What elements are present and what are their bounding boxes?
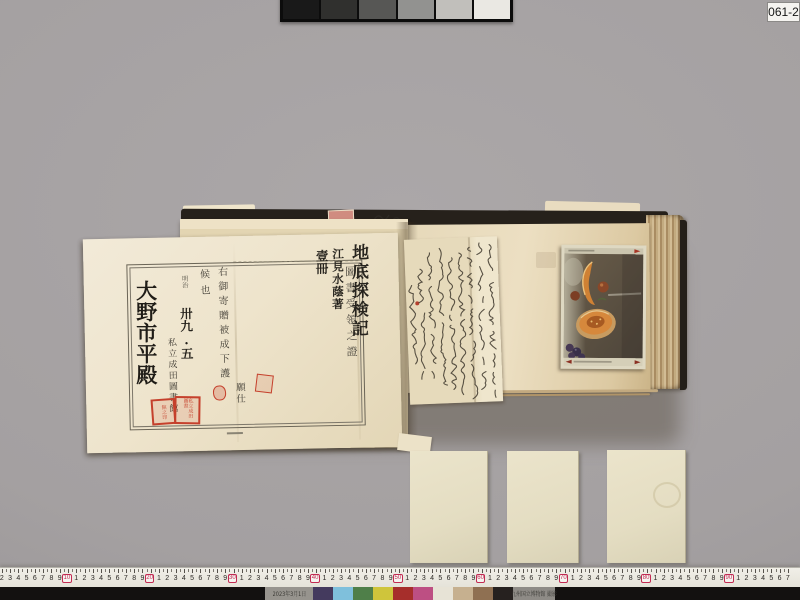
ruler-tick [89,569,90,572]
ruler-number: 1 [488,575,492,583]
color-swatch [433,587,453,600]
ruler-tick [614,569,615,573]
ruler-tick [370,569,371,572]
page-fore-edge [646,215,684,389]
printer-fine-print [227,432,243,434]
bottom-calibration-strip: 2023年3月1日 九州国立博物館 撮影 [0,587,800,600]
ruler-number: 9 [471,575,475,583]
ruler-tick [701,569,702,572]
blank-card [507,451,579,563]
ruler-tick [308,569,309,573]
ruler-tick [742,569,743,572]
ruler-tick [420,569,421,572]
ruler-tick [176,569,177,573]
ruler-tick [705,569,706,573]
ruler-tick [610,569,611,572]
ruler-tick [72,569,73,572]
ruler-tick [581,569,582,573]
ruler-tick [560,569,561,572]
ruler-tick [556,569,557,573]
ruler-tick [424,569,425,573]
ruler-tick [668,569,669,572]
ruler-tick [27,569,28,573]
grayscale-swatch [474,0,510,19]
ruler-number: 6 [778,575,782,583]
ruler-number: 4 [182,575,186,583]
ruler-tick [56,569,57,572]
ruler-tick [660,569,661,572]
ruler-tick [643,569,644,572]
color-swatch [453,587,473,600]
ruler-number: 5 [769,575,773,583]
ruler-ten-number: 50 [393,574,403,583]
ruler-ten-number: 70 [559,574,569,583]
ruler-number: 8 [629,575,633,583]
color-swatch [333,587,353,600]
ruler-tick [200,569,201,573]
ruler-tick [126,569,127,573]
ruler-tick [279,569,280,572]
ruler-tick [387,569,388,572]
ruler-ten-number: 30 [228,574,238,583]
ruler-number: 5 [604,575,608,583]
ruler-tick [647,569,648,573]
ruler-number: 6 [281,575,285,583]
ruler-tick [225,569,226,573]
ruler-tick [676,569,677,572]
ruler-tick [18,569,19,573]
photo-credit-patch: 九州国立博物館 撮影 [513,587,555,600]
plum [570,291,580,301]
blank-card [607,450,686,563]
ruler-tick [2,569,3,573]
color-swatch [313,587,333,600]
ruler-number: 3 [91,575,95,583]
ruler-tick [349,569,350,573]
ruler-tick [767,569,768,572]
ruler-tick [478,569,479,572]
book-author: 江見水蔭著 [330,248,346,339]
ruler-number: 2 [496,575,500,583]
grayscale-swatch [283,0,319,19]
ruler-tick [544,569,545,572]
color-swatch [413,587,433,600]
ruler-tick [101,569,102,573]
ruler-tick [726,569,727,572]
melon-still-life-painting [564,248,644,367]
ruler-tick [461,569,462,572]
ruler-number: 6 [33,575,37,583]
blank-card [410,451,488,563]
ruler-tick [109,569,110,573]
ruler-tick [22,569,23,572]
ruler-number: 4 [265,575,269,583]
date-column: 明治 卅九.五 [176,275,197,360]
shooting-date-patch: 2023年3月1日 [265,587,313,600]
ruler-tick [163,569,164,572]
ruler-number: 3 [256,575,260,583]
ruler-number: 2 [579,575,583,583]
plum [598,281,609,292]
ruler-tick [635,569,636,572]
ruler-number: 8 [380,575,384,583]
ruler-tick [341,569,342,573]
ruler-number: 4 [430,575,434,583]
ruler-tick [589,569,590,573]
ruler-tick [432,569,433,573]
ruler-tick [287,569,288,572]
ruler-number: 6 [198,575,202,583]
ruler-tick [548,569,549,573]
ruler-tick [39,569,40,572]
ruler-number: 2 [662,575,666,583]
pasted-handwritten-letter [404,236,503,404]
red-square-seal: 館之印 [151,398,177,426]
ruler-tick [697,569,698,573]
ruler-number: 1 [74,575,78,583]
ruler-tick [80,569,81,572]
ruler-tick [382,569,383,573]
ruler-tick [722,569,723,573]
ruler-tick [656,569,657,573]
ruler-tick [60,569,61,573]
ruler-tick [763,569,764,573]
ruler-tick [593,569,594,572]
ruler-tick [155,569,156,572]
ruler-number: 3 [670,575,674,583]
photo-id-text: 061-2 [768,5,799,19]
ruler-number: 7 [455,575,459,583]
ruler-number: 2 [331,575,335,583]
ruler-number: 5 [190,575,194,583]
receipt-certificate: 圖書受領之證 地底探検記 江見水蔭著 壹冊 右御寄贈被成下護 候也 願仕 明治 … [83,233,402,454]
ruler-tick [552,569,553,572]
ruler-tick [142,569,143,573]
ruler-tick [114,569,115,572]
ruler-tick [234,569,235,573]
ruler-number: 4 [678,575,682,583]
color-swatch [373,587,393,600]
ruler-tick [85,569,86,573]
ruler-tick [440,569,441,573]
ruler-tick [482,569,483,573]
ruler-tick [43,569,44,573]
ruler-number: 2 [248,575,252,583]
ruler-tick [531,569,532,573]
ruler-tick [333,569,334,573]
ruler-tick [585,569,586,572]
photo-credit: 九州国立博物館 撮影 [511,589,557,598]
ruler-number: 3 [587,575,591,583]
ruler-tick [713,569,714,573]
ruler-tick [684,569,685,572]
ruler-tick [35,569,36,573]
ruler-tick [167,569,168,573]
ruler-ten-number: 60 [476,574,486,583]
ruler-tick [337,569,338,572]
ruler-tick [486,569,487,572]
ruler-number: 3 [422,575,426,583]
ruler-number: 8 [298,575,302,583]
era-label: 明治 [181,275,189,288]
ruler-tick [519,569,520,572]
ruler-tick [672,569,673,573]
ruler-tick [598,569,599,573]
ruler-tick [395,569,396,572]
ruler-tick [709,569,710,572]
ruler-number: 1 [240,575,244,583]
ruler-number: 4 [761,575,765,583]
ruler-tick [345,569,346,572]
ruler-number: 7 [786,575,790,583]
ruler-tick [689,569,690,573]
ruler-tick [407,569,408,573]
ruler-number: 3 [8,575,12,583]
ruler-number: 1 [405,575,409,583]
ruler-tick [184,569,185,573]
ruler-number: 2 [0,575,4,583]
ruler-number: 7 [703,575,707,583]
handwritten-item-column: 地底探検記 江見水蔭著 壹冊 [312,243,372,340]
certificate-body-column: 右御寄贈被成下護 [213,266,230,382]
ruler-tick [755,569,756,573]
ruler-number: 9 [554,575,558,583]
ruler-ten-number: 40 [310,574,320,583]
pasted-color-picture [561,245,647,370]
ruler-tick [275,569,276,573]
ruler-number: 7 [620,575,624,583]
ruler-tick [577,569,578,572]
ruler-ten-number: 80 [641,574,651,583]
ruler-tick [209,569,210,573]
ruler-tick [366,569,367,573]
ruler-tick [358,569,359,573]
ruler-tick [378,569,379,572]
ruler-tick [523,569,524,573]
ruler-tick [618,569,619,572]
ruler-tick [776,569,777,572]
ruler-tick [428,569,429,572]
ruler-tick [784,569,785,572]
ruler-tick [130,569,131,572]
ruler-number: 5 [356,575,360,583]
volume-count: 壹冊 [312,249,330,340]
ruler-tick [138,569,139,572]
ruler-tick [159,569,160,573]
ruler-tick [329,569,330,572]
ruler-tick [196,569,197,572]
ruler-tick [353,569,354,572]
ruler-tick [246,569,247,572]
ruler-number: 1 [654,575,658,583]
ruler-number: 8 [711,575,715,583]
ruler-tick [416,569,417,573]
ruler-number: 3 [505,575,509,583]
ruler-tick [627,569,628,572]
ruler-tick [490,569,491,573]
ruler-number: 9 [223,575,227,583]
color-calibration-swatches [313,587,513,600]
ruler-tick [31,569,32,572]
ruler-tick [213,569,214,572]
ruler-tick [536,569,537,572]
ruler-tick [300,569,301,573]
ruler-tick [68,569,69,573]
grayscale-swatch [436,0,472,19]
ruler-tick [569,569,570,572]
ruler-tick [788,569,789,573]
ruler-number: 3 [339,575,343,583]
ruler-tick [734,569,735,572]
ruler-tick [250,569,251,573]
ruler-number: 5 [687,575,691,583]
ruler-tick [10,569,11,573]
ruler-number: 4 [99,575,103,583]
ruler-tick [502,569,503,572]
ruler-number: 4 [513,575,517,583]
certificate-body-column: 願仕 [232,382,246,405]
measuring-tape-ruler: 2345678910123456789201234567893012345678… [0,567,800,588]
ruler-tick [291,569,292,573]
ruler-tick [229,569,230,572]
ruler-tick [738,569,739,573]
ruler-number: 6 [695,575,699,583]
ruler-number: 1 [323,575,327,583]
ruler-tick [205,569,206,572]
ruler-tick [453,569,454,572]
ruler-number: 8 [463,575,467,583]
ruler-number: 7 [41,575,45,583]
ruler-tick [494,569,495,572]
ruler-number: 4 [347,575,351,583]
album-cover-right-edge [680,220,687,390]
ruler-tick [312,569,313,572]
ruler-tick [325,569,326,573]
ruler-number: 1 [571,575,575,583]
ruler-tick [14,569,15,572]
ruler-tick [631,569,632,573]
ruler-tick [76,569,77,573]
ruler-tick [515,569,516,573]
ruler-tick [147,569,148,572]
ruler-tick [122,569,123,572]
ruler-tick [118,569,119,573]
ruler-tick [238,569,239,572]
ruler-tick [242,569,243,573]
ruler-tick [639,569,640,573]
ruler-tick [267,569,268,573]
shooting-date: 2023年3月1日 [272,589,306,598]
archival-photograph: 061-2 [0,0,800,600]
ruler-tick [271,569,272,572]
ruler-tick [221,569,222,572]
ruler-tick [180,569,181,572]
ruler-tick [602,569,603,572]
ruler-number: 6 [116,575,120,583]
ruler-tick [262,569,263,572]
ruler-number: 9 [140,575,144,583]
ruler-tick [540,569,541,573]
ruler-number: 6 [364,575,368,583]
ruler-number: 7 [207,575,211,583]
ruler-number: 2 [83,575,87,583]
grayscale-swatch [321,0,357,19]
ruler-number: 2 [165,575,169,583]
circular-stain [653,482,681,508]
red-seal [255,374,274,394]
grayscale-swatch [359,0,395,19]
ruler-tick [258,569,259,573]
color-swatch [393,587,413,600]
grayscale-calibration-bar [280,0,513,22]
ruler-tick [64,569,65,572]
ruler-tick [283,569,284,573]
ruler-tick [507,569,508,573]
ruler-number: 8 [49,575,53,583]
ruler-number: 8 [546,575,550,583]
ruler-number: 6 [612,575,616,583]
color-swatch [353,587,373,600]
ruler-number: 8 [132,575,136,583]
ruler-tick [730,569,731,573]
ruler-number: 7 [124,575,128,583]
ruler-number: 2 [414,575,418,583]
ruler-tick [188,569,189,572]
ruler-tick [693,569,694,572]
ruler-tick [465,569,466,573]
ruler-tick [151,569,152,573]
ruler-tick [374,569,375,573]
ruler-tick [747,569,748,573]
ruler-number: 1 [736,575,740,583]
ruler-number: 5 [438,575,442,583]
ruler-tick [680,569,681,573]
ruler-tick [498,569,499,573]
ruler-tick [780,569,781,573]
date-value: 卅九.五 [178,307,194,360]
ruler-tick [217,569,218,573]
ruler-tick [93,569,94,573]
grayscale-swatch [398,0,434,19]
ruler-number: 3 [753,575,757,583]
ruler-tick [751,569,752,572]
ruler-tick [573,569,574,573]
ruler-tick [449,569,450,573]
ruler-number: 6 [529,575,533,583]
ruler-tick [771,569,772,573]
ruler-tick [6,569,7,572]
ruler-tick [403,569,404,572]
ruler-tick [527,569,528,572]
ruler-number: 5 [273,575,277,583]
ruler-tick [254,569,255,572]
ruler-number: 1 [157,575,161,583]
red-square-seal: 私立成田圖書 [174,396,200,424]
ruler-tick [134,569,135,573]
recipient-calligraphy: 大野市平殿 [131,280,161,385]
ruler-tick [469,569,470,572]
ruler-tick [651,569,652,572]
ruler-tick [759,569,760,572]
ruler-tick [473,569,474,573]
ruler-number: 8 [215,575,219,583]
ruler-tick [304,569,305,572]
ruler-tick [606,569,607,573]
caption-text-illegible [574,361,612,363]
ruler-number: 7 [372,575,376,583]
ruler-tick [316,569,317,573]
photo-id-label: 061-2 [767,2,800,22]
